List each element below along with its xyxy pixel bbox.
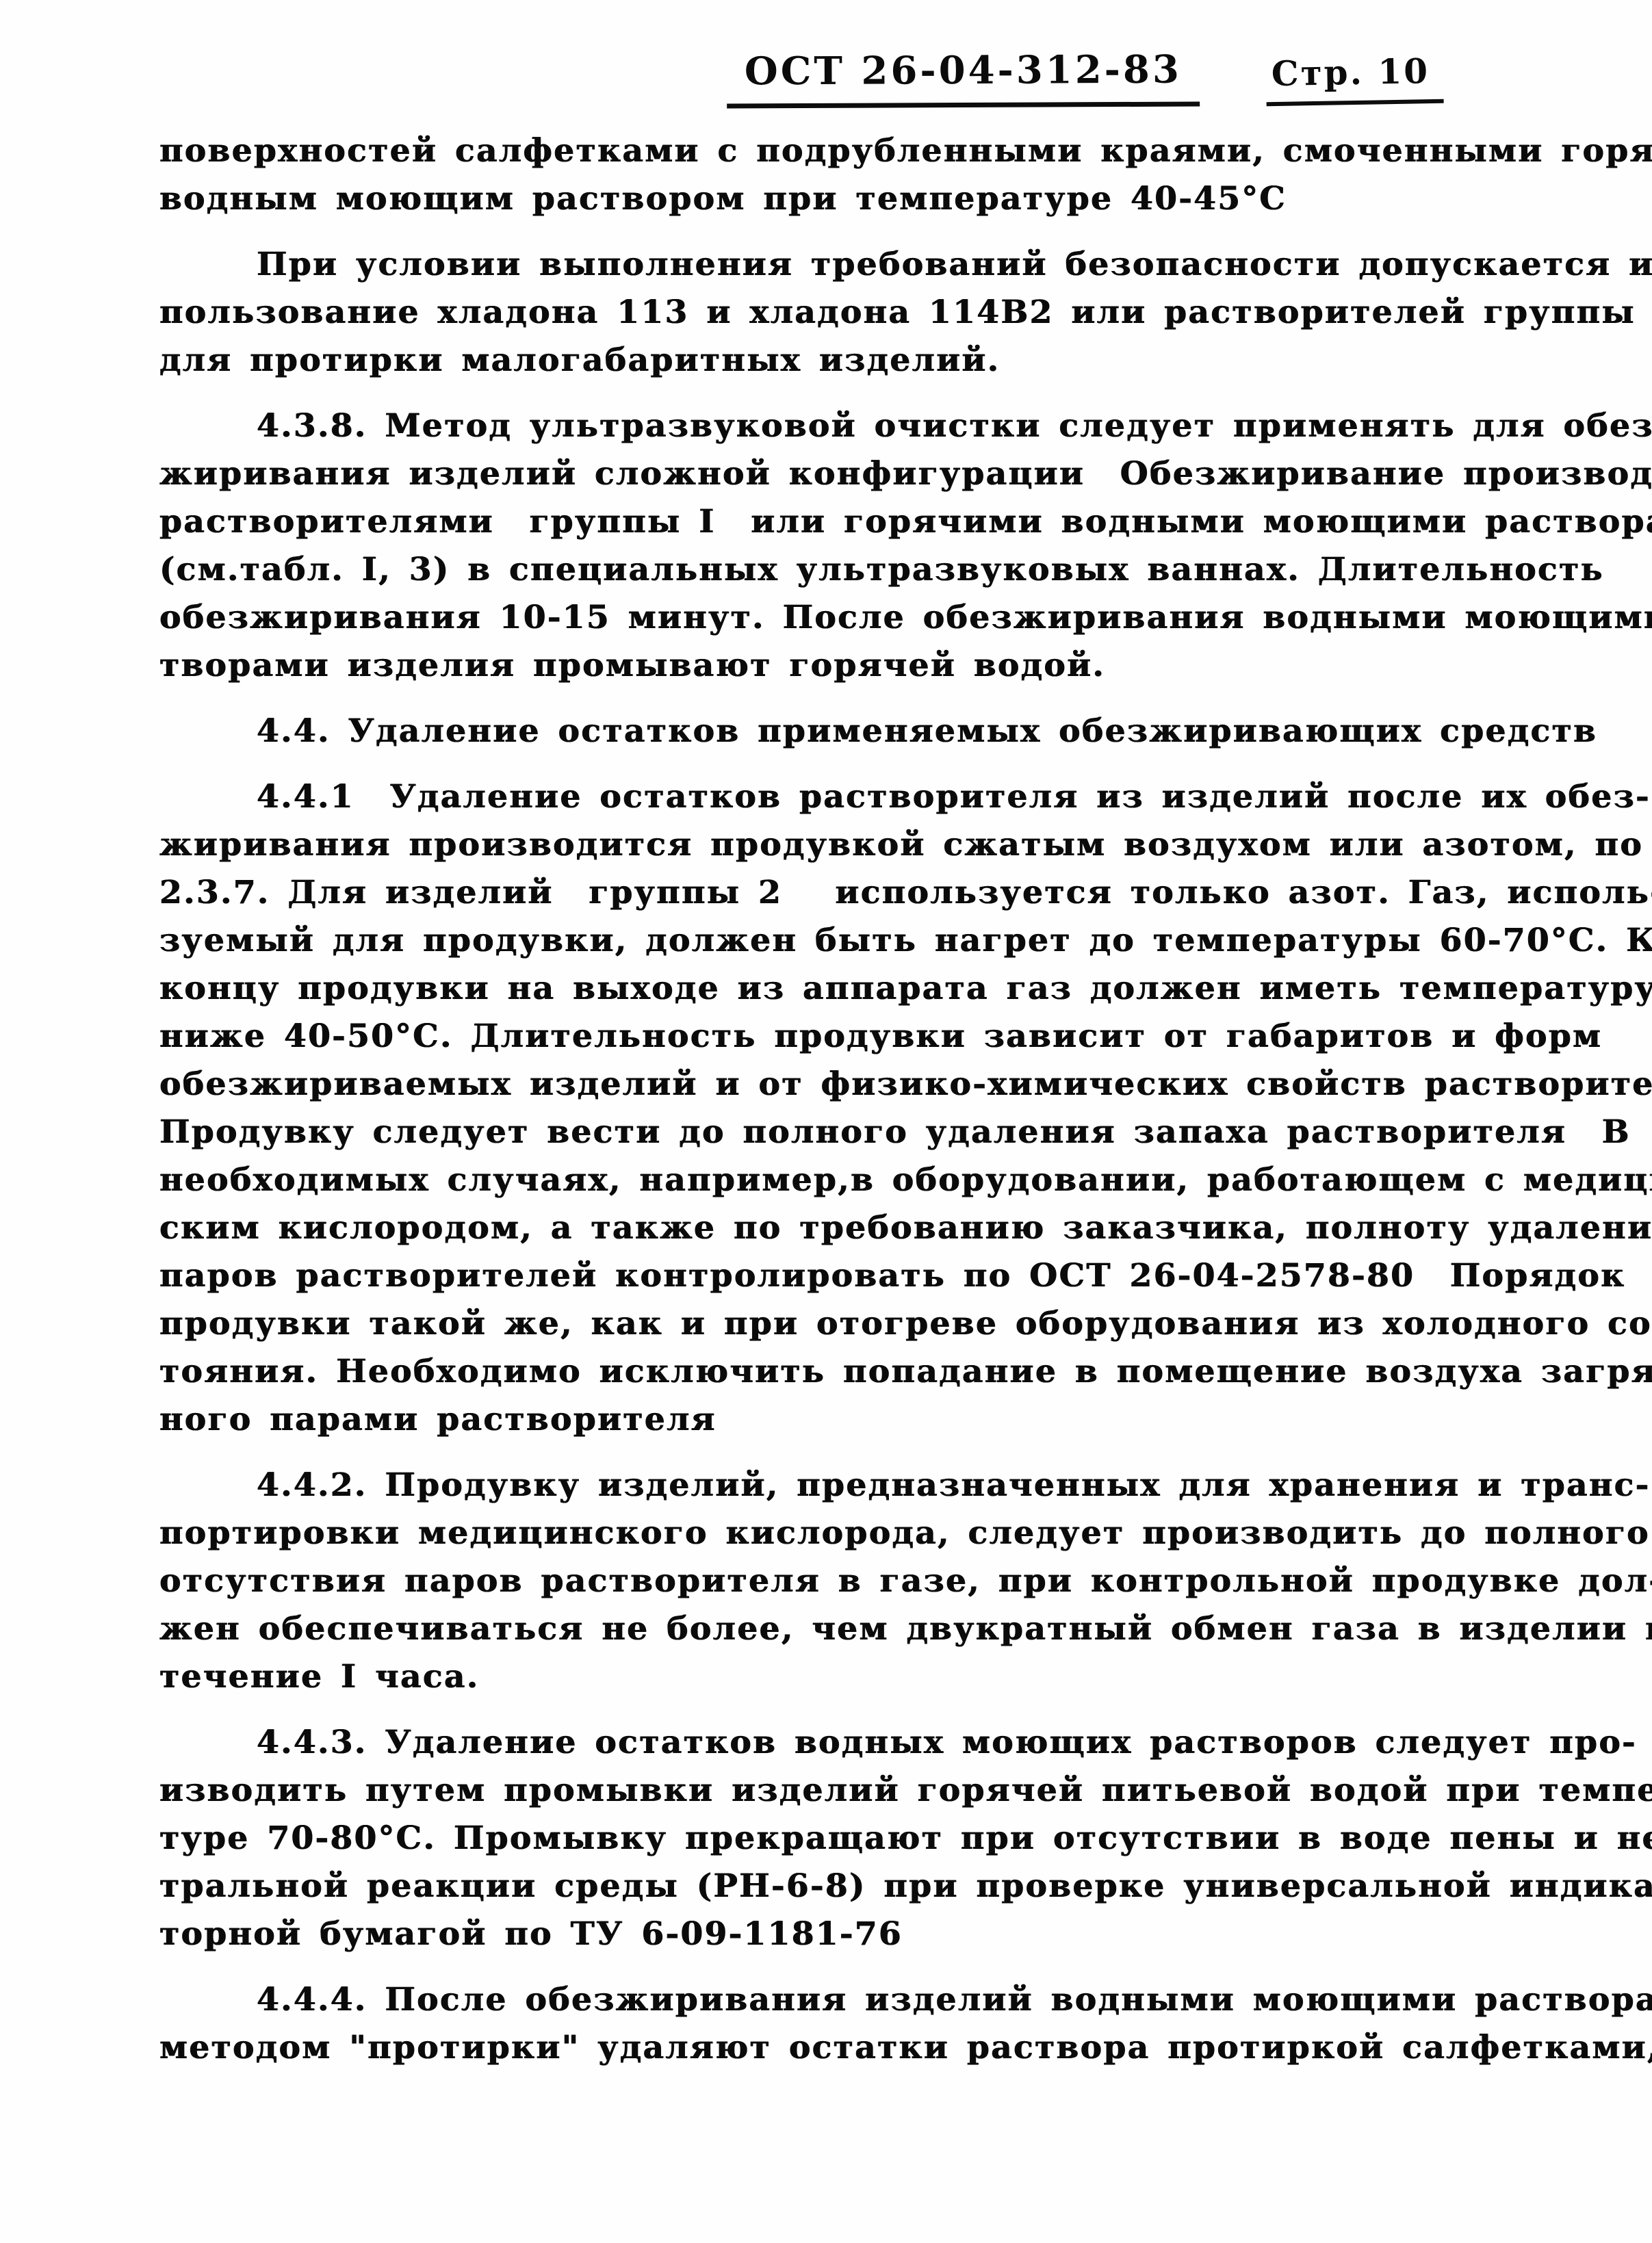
text-line: растворителями группы I или горячими вод… <box>159 498 1549 546</box>
text-line: пользование хладона 113 и хладона 114В2 … <box>159 289 1549 337</box>
text-line: ским кислородом, а также по требованию з… <box>159 1204 1549 1252</box>
text-line: обезжиривания 10-15 минут. После обезжир… <box>159 594 1549 642</box>
text-line: тральной реакции среды (РН-6-8) при пров… <box>159 1863 1549 1910</box>
text-line: творами изделия промывают горячей водой. <box>159 642 1549 690</box>
paragraph-khladon: При условии выполнения требований безопа… <box>159 241 1549 385</box>
text-line: 4.4.1 Удаление остатков растворителя из … <box>159 773 1549 821</box>
paragraph-4-4-1: 4.4.1 Удаление остатков растворителя из … <box>159 773 1549 1444</box>
paragraph-4-4-4: 4.4.4. После обезжиривания изделий водны… <box>159 1976 1549 2072</box>
text-line: продувки такой же, как и при отогреве об… <box>159 1300 1549 1348</box>
text-line: методом "протирки" удаляют остатки раств… <box>159 2024 1549 2072</box>
document-page: ОСТ 26-04-312-83 Стр. 10 поверхностей са… <box>0 0 1652 2243</box>
text-line: отсутствия паров растворителя в газе, пр… <box>159 1557 1549 1605</box>
document-body: поверхностей салфетками с подрубленными … <box>159 127 1549 2090</box>
text-line: 4.4.3. Удаление остатков водных моющих р… <box>159 1719 1549 1767</box>
text-line: 4.3.8. Метод ультразвуковой очистки след… <box>159 402 1549 450</box>
text-line: жиривания производится продувкой сжатым … <box>159 821 1549 869</box>
text-line: ниже 40-50°С. Длительность продувки зави… <box>159 1013 1549 1061</box>
text-line: жен обеспечиваться не более, чем двукрат… <box>159 1605 1549 1653</box>
text-line: изводить путем промывки изделий горячей … <box>159 1767 1549 1815</box>
text-line: жиривания изделий сложной конфигурации О… <box>159 450 1549 498</box>
text-line: тояния. Необходимо исключить попадание в… <box>159 1348 1549 1396</box>
text-line: для протирки малогабаритных изделий. <box>159 337 1549 385</box>
paragraph-continuation: поверхностей салфетками с подрубленными … <box>159 127 1549 223</box>
text-line: концу продувки на выходе из аппарата газ… <box>159 965 1549 1013</box>
text-line: При условии выполнения требований безопа… <box>159 241 1549 289</box>
text-line: портировки медицинского кислорода, следу… <box>159 1509 1549 1557</box>
text-line: необходимых случаях, например,в оборудов… <box>159 1156 1549 1204</box>
page-number: Стр. 10 <box>1265 51 1443 107</box>
paragraph-4-4-3: 4.4.3. Удаление остатков водных моющих р… <box>159 1719 1549 1958</box>
text-line: обезжириваемых изделий и от физико-химич… <box>159 1061 1549 1108</box>
text-line: 2.3.7. Для изделий группы 2 используется… <box>159 869 1549 917</box>
text-line: течение I часа. <box>159 1653 1549 1701</box>
text-line: (см.табл. I, 3) в специальных ультразвук… <box>159 546 1549 594</box>
text-line: зуемый для продувки, должен быть нагрет … <box>159 917 1549 965</box>
text-line: 4.4.4. После обезжиривания изделий водны… <box>159 1976 1549 2024</box>
standard-number: ОСТ 26-04-312-83 <box>727 47 1200 108</box>
text-line: 4.4.2. Продувку изделий, предназначенных… <box>159 1462 1549 1509</box>
heading-4-4: 4.4. Удаление остатков применяемых обезж… <box>159 708 1549 755</box>
text-line: водным моющим раствором при температуре … <box>159 175 1549 223</box>
text-line: туре 70-80°С. Промывку прекращают при от… <box>159 1815 1549 1863</box>
text-line: 4.4. Удаление остатков применяемых обезж… <box>159 708 1549 755</box>
text-line: паров растворителей контролировать по ОС… <box>159 1252 1549 1300</box>
paragraph-4-3-8: 4.3.8. Метод ультразвуковой очистки след… <box>159 402 1549 690</box>
text-line: Продувку следует вести до полного удален… <box>159 1108 1549 1156</box>
paragraph-4-4-2: 4.4.2. Продувку изделий, предназначенных… <box>159 1462 1549 1701</box>
text-line: ного парами растворителя <box>159 1396 1549 1444</box>
text-line: поверхностей салфетками с подрубленными … <box>159 127 1549 175</box>
text-line: торной бумагой по ТУ 6-09-1181-76 <box>159 1910 1549 1958</box>
